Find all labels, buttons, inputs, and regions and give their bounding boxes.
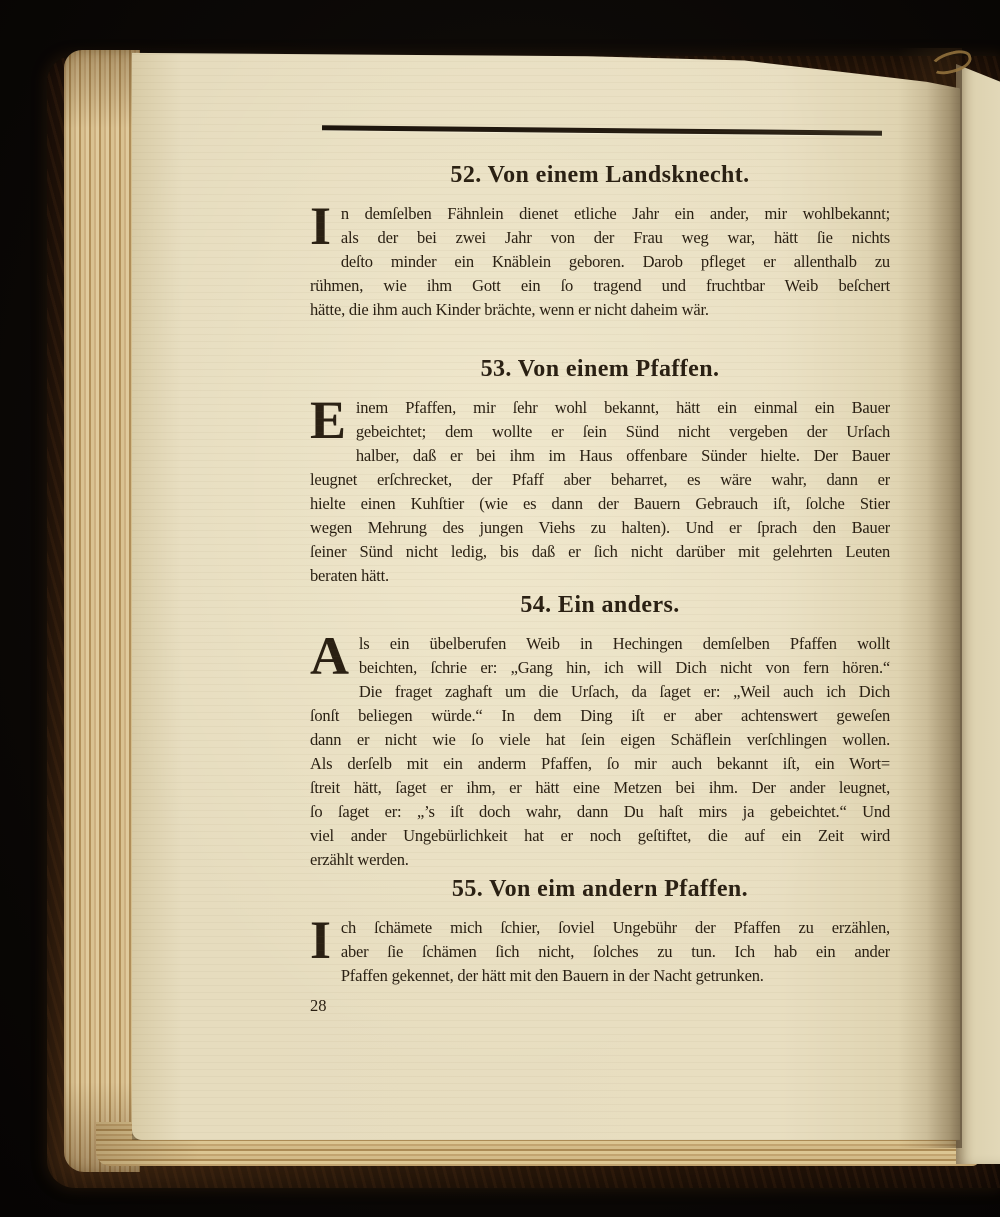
text-line: hätte, die ihm auch Kinder brächte, wenn… [310,298,890,322]
drop-cap-letter: E [310,397,346,445]
drop-cap-letter: I [310,917,331,965]
text-line: ſo ſaget er: „’s iſt doch wahr, dann Du … [310,800,890,824]
text-line: Als derſelb mit ein anderm Pfaffen, ſo m… [310,752,890,776]
text-line: rühmen, wie ihm Gott ein ſo tragend und … [310,274,890,298]
text-line: ls ein übelberufen Weib in Hechingen dem… [359,632,890,656]
section-heading: 55. Von eim andern Pfaffen. [310,874,890,904]
text-line: aber ſie ſchämen ſich nicht, ſolches zu … [341,940,890,964]
text-line: ſeiner Sünd nicht ledig, bis daß er ſich… [310,540,890,564]
paragraph: In demſelben Fähnlein dienet etliche Jah… [310,202,890,322]
story-section: 52. Von einem Landsknecht.In demſelben F… [310,160,890,322]
paragraph: Einem Pfaffen, mir ſehr wohl bekannt, hä… [310,396,890,588]
text-line: halber, daß er bei ihm im Haus offenbare… [356,444,890,468]
text-line: ſonſt beliegen würde.“ In dem Ding iſt e… [310,704,890,728]
text-line: als der bei zwei Jahr von der Frau weg w… [341,226,890,250]
text-line: inem Pfaffen, mir ſehr wohl bekannt, hät… [356,396,890,420]
text-line: beraten hätt. [310,564,890,588]
text-line: erzählt werden. [310,848,890,872]
page-edges-left [64,50,140,1172]
header-rule [322,125,882,135]
text-line: deſto minder ein Knäblein geboren. Darob… [341,250,890,274]
page-number: 28 [310,996,890,1016]
text-line: gebeichtet; dem wollte er ſein Sünd nich… [356,420,890,444]
text-line: beichten, ſchrie er: „Gang hin, ich will… [359,656,890,680]
text-line: wegen Mehrung des jungen Viehs zu halten… [310,516,890,540]
drop-cap-letter: A [310,633,349,681]
paragraph: Ich ſchämete mich ſchier, ſoviel Ungebüh… [310,916,890,988]
book-page: 52. Von einem Landsknecht.In demſelben F… [132,48,960,1140]
section-heading: 54. Ein anders. [310,590,890,620]
paragraph: Als ein übelberufen Weib in Hechingen de… [310,632,890,872]
text-line: dann er nicht wie ſo viele hat ſein eige… [310,728,890,752]
story-section: 54. Ein anders.Als ein übelberufen Weib … [310,590,890,872]
drop-cap-letter: I [310,203,331,251]
text-block: 52. Von einem Landsknecht.In demſelben F… [310,128,890,1016]
text-line: leugnet erſchrecket, der Pfaff aber beha… [310,468,890,492]
story-section: 55. Von eim andern Pfaffen.Ich ſchämete … [310,874,890,988]
text-line: ch ſchämete mich ſchier, ſoviel Ungebühr… [341,916,890,940]
section-heading: 52. Von einem Landsknecht. [310,160,890,190]
text-line: hielte einen Kuhſtier (wie es dann der B… [310,492,890,516]
text-line: viel ander Ungebürlichkeit hat er noch g… [310,824,890,848]
text-line: ſtreit hätt, ſaget er ihm, er hätt eine … [310,776,890,800]
story-section: 53. Von einem Pfaffen.Einem Pfaffen, mir… [310,354,890,588]
text-line: Die fraget zaghaft um die Urſach, da ſag… [359,680,890,704]
sections-container: 52. Von einem Landsknecht.In demſelben F… [310,160,890,988]
text-line: Pfaffen gekennet, der hätt mit den Bauer… [341,964,890,988]
section-heading: 53. Von einem Pfaffen. [310,354,890,384]
text-line: n demſelben Fähnlein dienet etliche Jahr… [341,202,890,226]
book-photo-scene: 52. Von einem Landsknecht.In demſelben F… [0,0,1000,1217]
facing-page [956,64,1000,1164]
